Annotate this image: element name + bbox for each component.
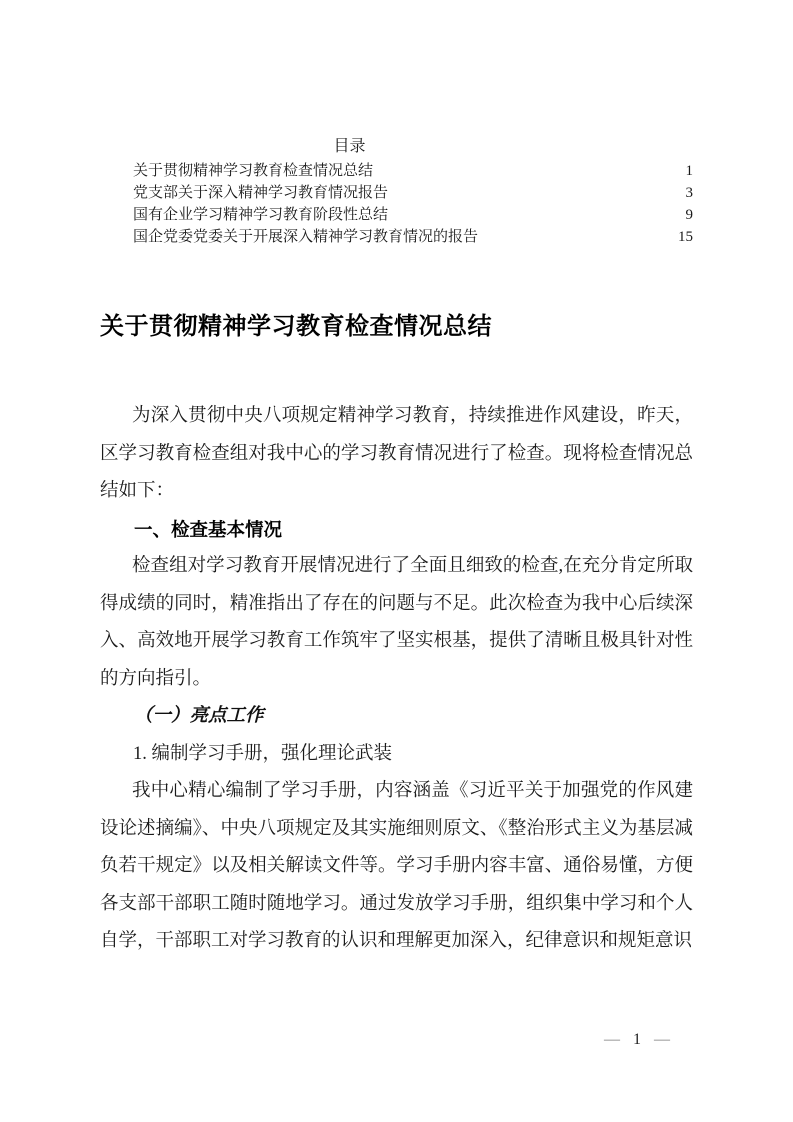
toc-entry-page-number: 3: [677, 182, 693, 204]
toc-list: 关于贯彻精神学习教育检查情况总结 1 党支部关于深入精神学习教育情况报告 3 国…: [100, 160, 693, 248]
section-heading-1: 一、检查基本情况: [100, 511, 693, 549]
footer-dash-left: —: [604, 1030, 620, 1050]
table-of-contents: 目录 关于贯彻精神学习教育检查情况总结 1 党支部关于深入精神学习教育情况报告 …: [100, 137, 693, 248]
toc-entry-label: 国企党委党委关于开展深入精神学习教育情况的报告: [133, 226, 478, 248]
toc-entry[interactable]: 国有企业学习精神学习教育阶段性总结 9: [100, 204, 693, 226]
toc-entry-label: 党支部关于深入精神学习教育情况报告: [133, 182, 388, 204]
section-heading-highlights: （一）亮点工作: [100, 698, 693, 736]
document-page: 目录 关于贯彻精神学习教育检查情况总结 1 党支部关于深入精神学习教育情况报告 …: [0, 0, 793, 1122]
paragraph-intro: 为深入贯彻中央八项规定精神学习教育，持续推进作风建设，昨天，区学习教育检查组对我…: [100, 398, 693, 511]
toc-entry[interactable]: 国企党委党委关于开展深入精神学习教育情况的报告 15: [100, 226, 693, 248]
footer-dash-right: —: [654, 1030, 670, 1050]
footer-page-number: 1: [633, 1030, 641, 1050]
paragraph-inspection-overview: 检查组对学习教育开展情况进行了全面且细致的检查,在充分肯定所取得成绩的同时，精准…: [100, 548, 693, 698]
toc-entry-label: 国有企业学习精神学习教育阶段性总结: [133, 204, 388, 226]
page-footer: — 1 —: [604, 1030, 670, 1050]
paragraph-handbook-detail: 我中心精心编制了学习手册，内容涵盖《习近平关于加强党的作风建设论述摘编》、中央八…: [100, 773, 693, 961]
toc-entry-page-number: 9: [677, 204, 693, 226]
toc-title: 目录: [100, 137, 693, 157]
toc-entry[interactable]: 关于贯彻精神学习教育检查情况总结 1: [100, 160, 693, 182]
document-title: 关于贯彻精神学习教育检查情况总结: [100, 312, 693, 342]
toc-entry-page-number: 15: [677, 226, 693, 248]
section-heading-handbook: 1. 编制学习手册，强化理论武装: [100, 736, 693, 774]
toc-entry-label: 关于贯彻精神学习教育检查情况总结: [133, 160, 373, 182]
toc-entry-page-number: 1: [677, 160, 693, 182]
toc-entry[interactable]: 党支部关于深入精神学习教育情况报告 3: [100, 182, 693, 204]
